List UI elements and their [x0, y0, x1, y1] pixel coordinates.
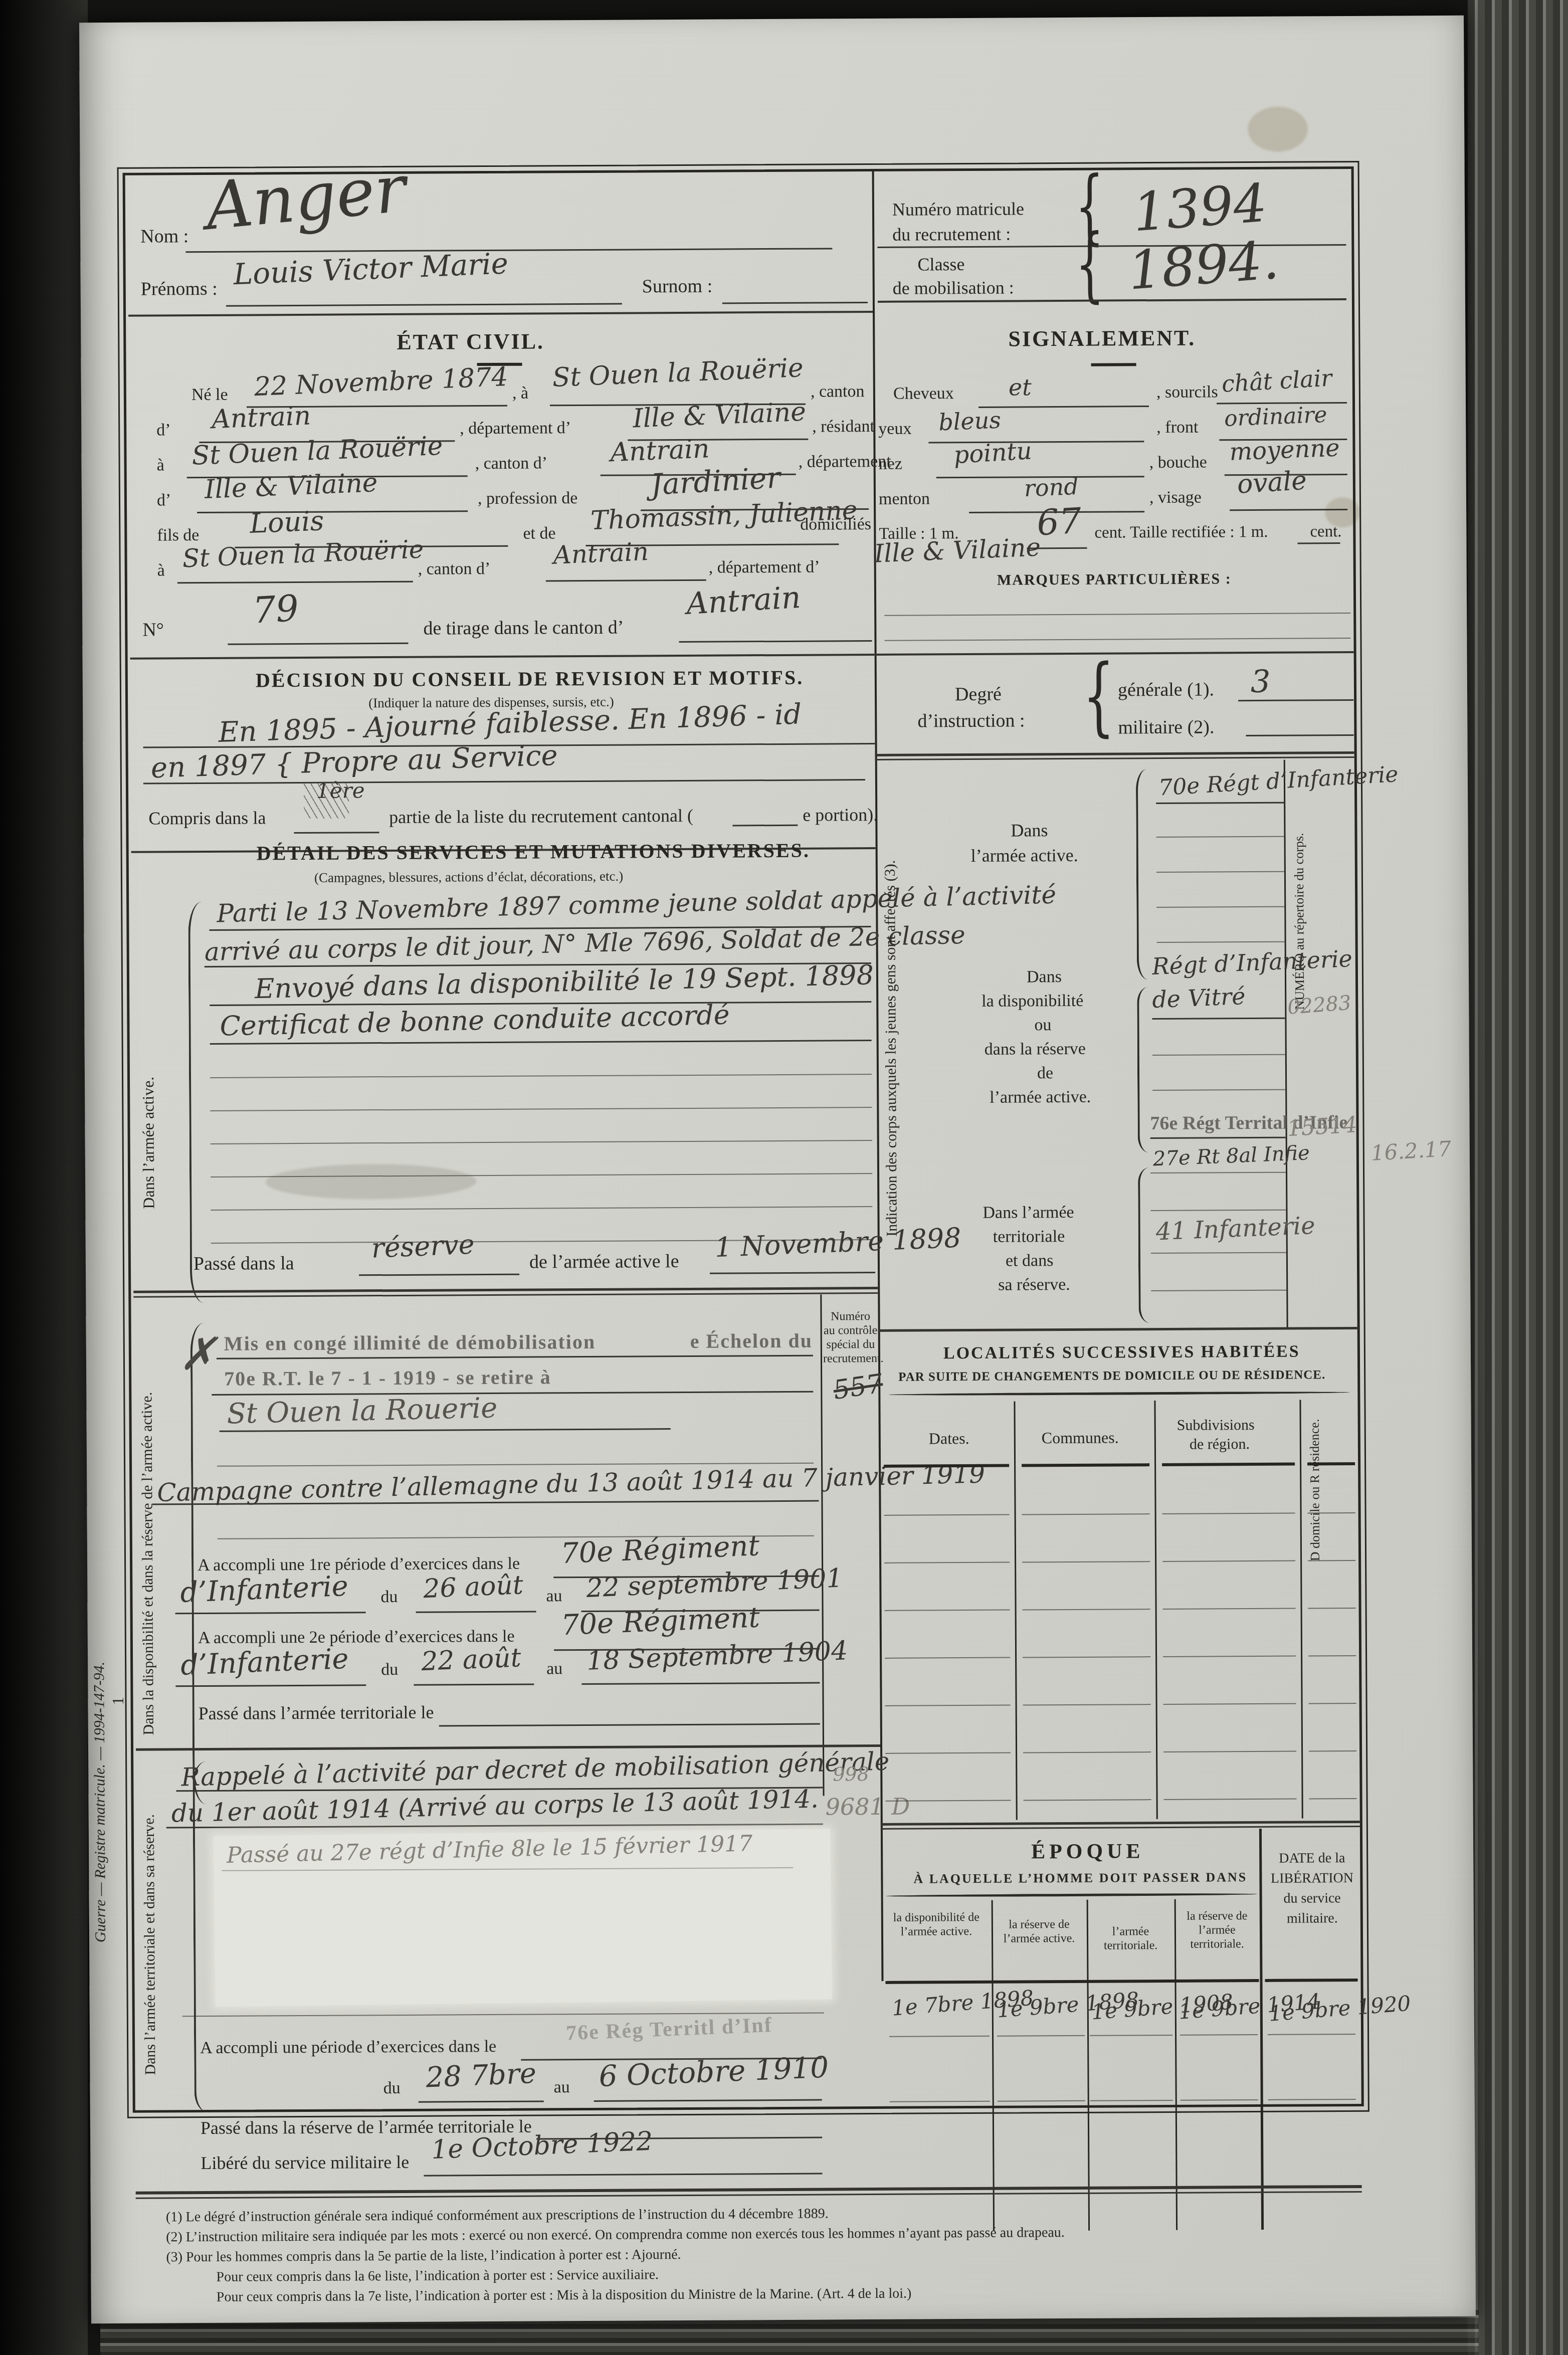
book-spine	[0, 0, 88, 2355]
localites-col-subdiv2: de région.	[1190, 1436, 1250, 1453]
row-rule	[1181, 2099, 1258, 2101]
du-label: du	[383, 2079, 400, 2098]
rule	[175, 1612, 366, 1614]
corps-dispo-label5: de	[1037, 1064, 1053, 1083]
passe-date-value: 1 Novembre 1898	[714, 1222, 962, 1264]
periode2-infanterie: d’Infanterie	[180, 1643, 349, 1682]
corps-terr-label4: sa réserve.	[998, 1275, 1070, 1295]
localites-divider-2	[1154, 1401, 1157, 1819]
tirage-mid-label: de tirage dans le canton d’	[423, 617, 624, 640]
row-rule	[1164, 1799, 1297, 1800]
au-label: au	[546, 1659, 562, 1678]
localites-title1: LOCALITÉS SUCCESSIVES HABITÉES	[943, 1342, 1300, 1363]
blank-rule	[884, 638, 1350, 641]
row-rule	[1024, 1799, 1151, 1801]
periode2-fin: 18 Septembre 1904	[586, 1636, 848, 1676]
militaire-label: militaire (2).	[1118, 716, 1214, 738]
front-value: ordinaire	[1224, 402, 1327, 432]
demob-stamp-line1: Mis en congé illimité de démobilisation	[224, 1330, 596, 1355]
corps-active-label1: Dans	[1011, 820, 1048, 841]
margin-page-number: 1	[109, 1697, 127, 1705]
du-label: du	[381, 1660, 398, 1679]
canton-naissance-value: Antrain	[211, 401, 311, 435]
row-rule	[1023, 1751, 1151, 1753]
margin-note-2: 9681 D	[826, 1793, 910, 1821]
row-rule	[1090, 2100, 1173, 2101]
domicile-parents-value: St Ouen la Rouërie	[182, 534, 425, 573]
d2-label: d’	[157, 491, 171, 510]
section-rule	[133, 1287, 878, 1293]
rule	[294, 832, 379, 834]
footnote-2: (2) L’instruction militaire sera indiqué…	[166, 2225, 1065, 2245]
blank-rule	[1152, 1089, 1285, 1091]
services-side-label: Dans l’armée active.	[138, 917, 160, 1368]
x-mark: ✗	[179, 1328, 217, 1381]
passe-reserve-label: Passé dans la	[193, 1252, 294, 1275]
degre-label-1: Degré	[955, 683, 1002, 705]
rule	[1150, 1172, 1286, 1173]
degre-label-2: d’instruction :	[917, 709, 1025, 732]
row-rule	[885, 1705, 1011, 1706]
corps-dispo-numero: 02283	[1287, 992, 1352, 1019]
row-rule	[998, 2100, 1085, 2102]
libere-label: Libéré du service militaire le	[201, 2151, 409, 2174]
periode1-infanterie: d’Infanterie	[179, 1570, 349, 1609]
periode3-debut: 28 7bre	[425, 2057, 537, 2094]
decision-title: DÉCISION DU CONSEIL DE REVISION ET MOTIF…	[256, 666, 804, 692]
blank-rule	[210, 1074, 872, 1078]
pere-value: Louis	[249, 505, 325, 539]
degre-brace: {	[1083, 646, 1115, 746]
corps-dispo-value2: de Vitré	[1151, 983, 1246, 1013]
departement3-label: , département d’	[709, 558, 820, 577]
classe-label-1: Classe	[917, 254, 964, 275]
column-divider	[872, 171, 884, 1981]
sourcils-value: chât clair	[1221, 364, 1332, 398]
generale-label: générale (1).	[1118, 678, 1214, 701]
blank-rule	[211, 1206, 872, 1211]
row-rule	[1308, 1560, 1355, 1561]
date-naissance-value: 22 Novembre 1874	[254, 362, 509, 402]
rule	[1238, 699, 1353, 701]
corps-terr-hw2: 41 Infanterie	[1155, 1212, 1316, 1246]
corps-active-value: 70e Régt d’Infanterie	[1158, 761, 1399, 801]
passe-territoriale-label: Passé dans l’armée territoriale le	[199, 1702, 434, 1724]
blank-rule	[1150, 1210, 1286, 1211]
rule	[710, 1272, 875, 1274]
nom-label: Nom :	[140, 225, 188, 248]
form-frame: Nom : Anger Prénoms : Louis Victor Marie…	[123, 166, 1364, 2113]
front-label: , front	[1156, 418, 1198, 437]
tirage-number: 79	[252, 587, 300, 632]
domicilies-label: domiciliés	[800, 515, 871, 534]
row-rule	[1163, 1703, 1296, 1705]
epoque-subtitle: À LAQUELLE L’HOMME DOIT PASSER DANS	[913, 1870, 1247, 1886]
scanned-register-page: { "marks": {"brace": "{", "cross": "✗", …	[0, 0, 1568, 2355]
compris-post-label: partie de la liste du recrutement canton…	[389, 805, 693, 828]
value-rule	[1268, 2034, 1355, 2035]
canton2-label: , canton d’	[475, 454, 548, 473]
nez-label: nez	[879, 455, 902, 474]
rule	[546, 579, 706, 582]
periode1-debut: 26 août	[423, 1570, 524, 1604]
periode3-fin: 6 Octobre 1910	[598, 2050, 829, 2093]
footnote-3: (3) Pour les hommes compris dans la 5e p…	[166, 2247, 681, 2265]
yeux-value: bleus	[938, 406, 1002, 436]
matricule-label-1: Numéro matricule	[892, 198, 1024, 220]
register-sheet: Guerre — Registre matricule. — 1994-147-…	[79, 16, 1476, 2323]
header-rule	[885, 1979, 1259, 1984]
cent-label: cent.	[1310, 522, 1341, 541]
epoque-col3-header: l’armée territoriale.	[1089, 1924, 1172, 1953]
signalement-title: SIGNALEMENT.	[1008, 325, 1196, 352]
territorial-stamp: 76e Rég Territl d’Inf	[565, 2013, 772, 2045]
rule	[581, 1682, 820, 1685]
row-rule	[885, 1752, 1011, 1754]
disponibilite-side-label: Dans la disponibilité et dans la réserve…	[138, 1328, 167, 1799]
bouche-label: , bouche	[1149, 453, 1207, 472]
band-bottom-rule	[128, 311, 873, 317]
rule	[185, 248, 832, 253]
row-rule	[1023, 1656, 1150, 1658]
row-rule	[885, 1657, 1010, 1659]
residant-label: , résidant	[812, 417, 875, 437]
margin-note-1: 998	[833, 1763, 869, 1785]
epoque-col4-header: la réserve de l’armée territoriale.	[1177, 1909, 1257, 1951]
rule	[212, 1391, 813, 1396]
compris-label: Compris dans la	[148, 807, 266, 829]
rule	[228, 643, 408, 645]
taille-rectifiee-label: cent. Taille rectifiée : 1 m.	[1094, 523, 1268, 542]
canton-residence-value: Antrain	[610, 434, 710, 468]
header-rule	[884, 1464, 1009, 1468]
departement2-label: , département	[799, 452, 891, 472]
row-rule	[886, 1800, 1011, 1802]
rule	[210, 1040, 872, 1045]
row-rule	[1163, 1751, 1296, 1752]
row-rule	[1162, 1560, 1295, 1562]
row-rule	[1309, 1798, 1357, 1799]
tirage-canton-value: Antrain	[685, 580, 802, 622]
rule	[419, 2100, 544, 2102]
rule	[878, 298, 1346, 303]
section-rule	[881, 1826, 1360, 1830]
row-rule	[1268, 2099, 1356, 2100]
epoque-col1-header: la disponibilité de l’armée active.	[884, 1910, 989, 1939]
localites-col-subdiv1: Subdivisions	[1177, 1417, 1255, 1434]
a3-label: à	[157, 561, 165, 580]
header-rule	[1307, 1462, 1355, 1465]
rule	[424, 2173, 822, 2177]
rule	[732, 825, 798, 827]
prenoms-label: Prénoms :	[141, 278, 218, 300]
rule	[1297, 542, 1340, 544]
taille-value: 67	[1036, 500, 1083, 544]
rule	[175, 1684, 366, 1687]
au-label: au	[546, 1587, 562, 1606]
rule	[1230, 509, 1347, 511]
periode1-fin: 22 septembre 1901	[585, 1563, 843, 1604]
canton-parents-value: Antrain	[552, 537, 649, 570]
row-rule	[1023, 1609, 1150, 1610]
row-rule	[884, 1562, 1010, 1563]
demob-retire-value: St Ouen la Rouerie	[227, 1392, 498, 1430]
campagne-line: Campagne contre l’allemagne du 13 août 1…	[157, 1459, 986, 1507]
a-label: , à	[512, 384, 528, 403]
epoque-title: ÉPOQUE	[1031, 1839, 1144, 1864]
numero-col-divider	[1284, 760, 1288, 1329]
value-rule	[889, 2036, 990, 2037]
classe-label-2: de mobilisation :	[893, 277, 1014, 299]
blank-rule	[211, 1140, 872, 1144]
title-dash	[1091, 363, 1136, 366]
row-rule	[1022, 1561, 1150, 1562]
row-rule	[1022, 1513, 1150, 1515]
controle-header: Numéro au contrôle spécial du recrutemen…	[823, 1309, 878, 1366]
cheveux-value: et	[1009, 373, 1032, 401]
generale-value: 3	[1251, 663, 1271, 700]
rule	[1151, 1252, 1286, 1254]
localites-col-communes: Communes.	[1042, 1428, 1119, 1447]
marques-label: MARQUES PARTICULIÈRES :	[997, 570, 1232, 588]
rule	[414, 1684, 534, 1686]
row-rule	[1162, 1513, 1295, 1514]
menton-label: menton	[879, 489, 930, 509]
visage-value: ovale	[1236, 466, 1307, 500]
localites-col-dr: D domicile ou R résidence.	[1307, 1407, 1348, 1573]
territoriale-side-label: Dans l’armée territoriale et dans sa rés…	[140, 1774, 168, 2115]
rule	[197, 510, 468, 513]
row-rule	[884, 1514, 1010, 1516]
row-rule	[1309, 1703, 1356, 1704]
passe-mid-label: de l’armée active le	[529, 1250, 679, 1273]
compris-scribble	[304, 783, 349, 818]
footnote-1: (1) Le dégré d’instruction générale sera…	[166, 2206, 829, 2225]
blank-rule	[210, 1107, 872, 1111]
header-rule	[1265, 1979, 1357, 1982]
rule	[226, 303, 622, 307]
classe-brace: {	[1075, 217, 1104, 312]
corps-dispo-label2: la disponibilité	[982, 992, 1083, 1011]
value-rule	[1090, 2035, 1172, 2036]
blank-rule	[1151, 1290, 1286, 1291]
rule	[1027, 547, 1087, 549]
page-stack-right	[1468, 0, 1568, 2355]
row-rule	[1308, 1512, 1355, 1513]
rule	[978, 406, 1149, 408]
epoque-date-header: DATE de la LIBÉRATION du service militai…	[1267, 1848, 1357, 1929]
corps-active-label2: l’armée active.	[971, 845, 1078, 866]
rule	[1246, 734, 1353, 736]
localites-col-dates: Dates.	[929, 1429, 969, 1448]
squiggle-rule	[888, 1391, 1349, 1396]
rule	[594, 2099, 822, 2102]
departement-residence-value: Ille & Vilaine	[204, 468, 378, 505]
rule	[416, 1611, 536, 1613]
nom-value: Anger	[203, 150, 409, 245]
rule	[1150, 1137, 1286, 1139]
section-rule	[875, 751, 1354, 756]
footnote-4: Pour ceux compris dans la 6e liste, l’in…	[216, 2267, 659, 2285]
sourcils-label: , sourcils	[1156, 382, 1218, 402]
header-rule	[1162, 1463, 1295, 1466]
blank-rule	[211, 1173, 872, 1177]
lieu-naissance-value: St Ouen la Rouërie	[552, 353, 804, 393]
rule	[679, 640, 872, 643]
corps-dispo-label4: dans la réserve	[985, 1040, 1086, 1059]
services-subtitle: (Campagnes, blessures, actions d’éclat, …	[314, 869, 623, 886]
footnote-5: Pour ceux compris dans la 7e liste, l’in…	[217, 2286, 912, 2305]
row-rule	[1309, 1750, 1356, 1751]
section-rule	[133, 1292, 878, 1298]
d-label: d’	[156, 421, 171, 440]
rule	[177, 581, 413, 583]
rule	[1156, 802, 1284, 804]
nez-value: pointu	[953, 437, 1033, 469]
row-rule	[1163, 1608, 1296, 1610]
row-rule	[1308, 1608, 1356, 1609]
section-rule	[130, 654, 875, 660]
departement-naissance-value: Ille & Vilaine	[632, 397, 807, 434]
passe-reserve-value: réserve	[371, 1229, 475, 1264]
periode2-debut: 22 août	[421, 1643, 522, 1677]
localites-divider-1	[1014, 1402, 1017, 1820]
blank-rule	[1156, 906, 1284, 908]
row-rule	[890, 2101, 990, 2102]
tirage-no-label: N°	[142, 619, 164, 641]
blank-rule	[1152, 1054, 1285, 1056]
canton-label: , canton	[811, 382, 865, 402]
du-label: du	[380, 1588, 398, 1607]
squiggle-rule	[886, 1893, 1257, 1897]
yeux-label: yeux	[878, 420, 911, 439]
corps-terr-label2: territoriale	[993, 1227, 1065, 1247]
demob-stamp-line1b: e Échelon du	[690, 1329, 813, 1353]
visage-label: , visage	[1149, 488, 1202, 508]
margin-date-note: 16.2.17	[1370, 1136, 1452, 1165]
epoque-divider-1	[992, 1900, 995, 2231]
value-rule	[1180, 2034, 1258, 2036]
margin-imprint: Guerre — Registre matricule. — 1994-147-…	[90, 1466, 115, 2138]
fils-de-label: fils de	[157, 526, 199, 545]
corps-side-label: Indication des corps auxquels les jeunes…	[881, 768, 906, 1329]
corps-active-brace	[1136, 769, 1159, 979]
blank-rule	[884, 613, 1350, 616]
controle-divider	[820, 1295, 824, 1796]
canton3-label: , canton d’	[418, 559, 491, 579]
menton-value: rond	[1024, 473, 1079, 502]
au-label: au	[553, 2078, 569, 2097]
section-rule	[875, 756, 1354, 760]
services-title: DÉTAIL DES SERVICES ET MUTATIONS DIVERSE…	[257, 839, 810, 865]
etat-civil-title: ÉTAT CIVIL.	[397, 328, 544, 355]
corps-terr-label3: et dans	[1006, 1251, 1054, 1270]
compris-portion-label: e portion).	[803, 804, 878, 826]
profession-value: Jardinier	[650, 460, 781, 502]
section-rule	[881, 1821, 1360, 1826]
value-rule	[997, 2035, 1085, 2037]
row-rule	[1163, 1656, 1296, 1657]
et-de-label: et de	[523, 524, 555, 543]
profession-label: , profession de	[478, 489, 577, 508]
row-rule	[1023, 1704, 1151, 1705]
localites-title2: PAR SUITE DE CHANGEMENTS DE DOMICILE OU …	[898, 1368, 1325, 1384]
departement-label: , département d’	[460, 419, 571, 438]
blank-rule	[1156, 836, 1284, 838]
rule	[1152, 1018, 1285, 1020]
localites-divider-3	[1299, 1400, 1303, 1819]
rule	[359, 1274, 519, 1276]
blank-rule	[1156, 871, 1284, 873]
epoque-col2-header: la réserve de l’armée active.	[994, 1917, 1084, 1946]
row-rule	[885, 1610, 1010, 1611]
demob-stamp-line2: 70e R.T. le 7 - 1 - 1919 - se retire à	[224, 1365, 551, 1390]
residence-value: St Ouen la Rouërie	[191, 431, 443, 471]
taille-label: Taille : 1 m.	[879, 524, 958, 543]
periode2-regiment: 70e Régiment	[561, 1601, 760, 1642]
bouche-value: moyenne	[1229, 434, 1340, 466]
rule	[439, 1723, 820, 1727]
epoque-date-divider	[1259, 1829, 1264, 2230]
corps-terr-numero: 15514	[1286, 1112, 1358, 1141]
header-rule	[1022, 1463, 1149, 1467]
corps-dispo-label3: ou	[1034, 1016, 1051, 1035]
rule	[217, 1355, 813, 1359]
corps-dispo-label1: Dans	[1027, 967, 1062, 987]
periode1-regiment: 70e Régiment	[560, 1529, 760, 1570]
classe-value: 1894.	[1126, 229, 1281, 301]
corps-dispo-value1: Régt d’Infanterie	[1151, 945, 1353, 980]
prenoms-value: Louis Victor Marie	[233, 246, 509, 291]
a2-label: à	[157, 456, 164, 475]
paper-stain	[1248, 106, 1308, 152]
controle-value: 557	[831, 1368, 885, 1406]
rule	[722, 302, 868, 304]
section-rule	[878, 1327, 1357, 1332]
matricule-label-2: du recrutement :	[892, 224, 1011, 245]
row-rule	[1308, 1655, 1356, 1656]
periode3-label: A accompli une période d’exercices dans …	[200, 2037, 496, 2058]
numero-col-label: NUMÉRO au répertoire du corps.	[1291, 765, 1313, 1076]
corps-terr-label1: Dans l’armée	[983, 1203, 1074, 1223]
surnom-label: Surnom :	[642, 275, 713, 298]
cheveux-label: Cheveux	[893, 384, 954, 404]
blank-rule	[1157, 941, 1285, 943]
ne-le-label: Né le	[191, 385, 228, 405]
corps-dispo-label6: l’armée active.	[990, 1088, 1091, 1107]
